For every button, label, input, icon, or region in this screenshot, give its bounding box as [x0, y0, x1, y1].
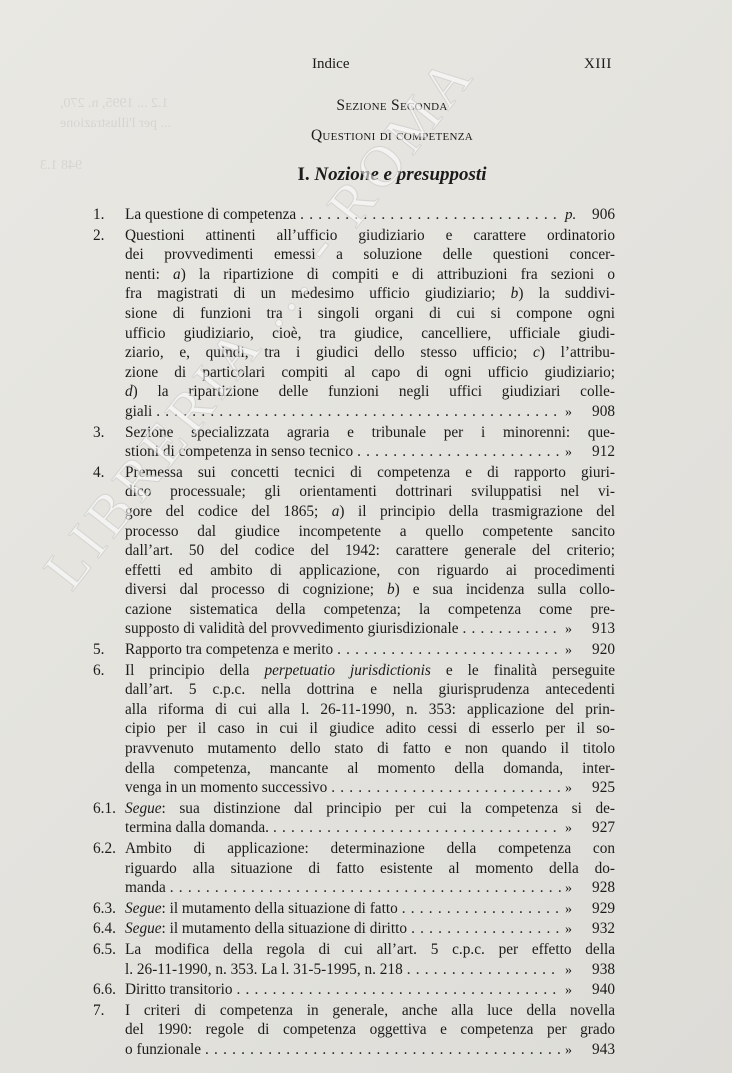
- toc-entry: 6.1.Segue: sua distinzione dal principio…: [93, 799, 615, 839]
- toc-entry: 6.6.Diritto transitorio.................…: [93, 980, 615, 1001]
- toc-entry: 6.5.La modifica della regola di cui all’…: [93, 940, 615, 980]
- page-marker: »: [565, 981, 587, 1001]
- entry-line: venga in un momento successivo: [125, 778, 327, 798]
- page-marker: »: [565, 819, 587, 839]
- entry-last-line: Rapporto tra competenza e merito........…: [125, 640, 615, 661]
- book-page: 1.2 ... 1995, n. 270, ... per l'illustra…: [0, 0, 732, 1073]
- leader-dots: ........................................…: [398, 899, 561, 919]
- entry-line: sione di funzioni tra i singoli organi d…: [125, 304, 615, 324]
- leader-dots: ........................................…: [327, 778, 561, 798]
- entry-last-line: termina dalla domanda...................…: [125, 818, 615, 839]
- toc-entry: 6.2.Ambito di applicazione: determinazio…: [93, 839, 615, 899]
- section-title: Questioni di competenza: [0, 127, 732, 145]
- entry-line: Ambito di applicazione: determinazione d…: [125, 839, 615, 859]
- entry-number: 4.: [93, 463, 104, 483]
- entry-line: dall’art. 5 c.p.c. nella dottrina e nell…: [125, 680, 615, 700]
- entry-line: stioni di competenza in senso tecnico: [125, 442, 353, 462]
- entry-last-line: Diritto transitorio.....................…: [125, 980, 615, 1001]
- entry-line: Sezione specializzata agraria e tribunal…: [125, 423, 615, 443]
- page-folio: XIII: [584, 56, 612, 73]
- page-marker: »: [565, 403, 587, 423]
- entry-line: nenti: a) la ripartizione di compiti e d…: [125, 265, 615, 285]
- entry-line: La modifica della regola di cui all’art.…: [125, 940, 615, 960]
- entry-number: 6.: [93, 661, 104, 681]
- page-number: 908: [587, 402, 615, 422]
- entry-line: diversi dal processo di cognizione; b) e…: [125, 580, 615, 600]
- section-label: Sezione Seconda: [0, 97, 732, 115]
- leader-dots: ........................................…: [201, 1040, 561, 1060]
- leader-dots: ........................................…: [353, 442, 561, 462]
- page-marker: »: [565, 879, 587, 899]
- entry-number: 3.: [93, 423, 104, 443]
- entry-line: d) la ripartizione delle funzioni negli …: [125, 382, 615, 402]
- entry-last-line: stioni di competenza in senso tecnico...…: [125, 442, 615, 463]
- entry-number: 6.1.: [93, 799, 116, 819]
- page-marker: »: [565, 961, 587, 981]
- chapter-heading: I. Nozione e presupposti: [0, 164, 732, 186]
- entry-number: 7.: [93, 1001, 104, 1021]
- page-number: 912: [587, 442, 615, 462]
- leader-dots: ........................................…: [459, 619, 562, 639]
- leader-dots: ........................................…: [233, 980, 562, 1000]
- page-number: 938: [587, 960, 615, 980]
- entry-number: 5.: [93, 640, 104, 660]
- entry-line: ziario, e, quindi, tra i giudici dello s…: [125, 343, 615, 363]
- toc-entry: 6.Il principio della perpetuatio jurisdi…: [93, 661, 615, 799]
- page-marker: »: [565, 920, 587, 940]
- entry-last-line: Segue: il mutamento della situazione di …: [125, 899, 615, 920]
- leader-dots: ........................................…: [403, 960, 561, 980]
- entry-number: 6.5.: [93, 940, 116, 960]
- entry-number: 6.3.: [93, 899, 116, 919]
- entry-line: dico processuale; gli orientamenti dottr…: [125, 482, 615, 502]
- toc-entry: 7.I criteri di competenza in generale, a…: [93, 1001, 615, 1061]
- entry-line: Premessa sui concetti tecnici di compete…: [125, 463, 615, 483]
- running-head-title: Indice: [312, 56, 349, 73]
- toc-entry: 4.Premessa sui concetti tecnici di compe…: [93, 463, 615, 640]
- leader-dots: ........................................…: [166, 878, 561, 898]
- entry-line: La questione di competenza: [125, 205, 296, 225]
- entry-number: 6.2.: [93, 839, 116, 859]
- page-number: 925: [587, 778, 615, 798]
- entry-last-line: La questione di competenza..............…: [125, 205, 615, 226]
- entry-line: effetti ed ambito di applicazione, con r…: [125, 561, 615, 581]
- entry-number: 1.: [93, 205, 104, 225]
- entry-last-line: venga in un momento successivo..........…: [125, 778, 615, 799]
- entry-line: manda: [125, 878, 166, 898]
- page-marker: »: [565, 779, 587, 799]
- chapter-title: Nozione e presupposti: [314, 164, 486, 185]
- entry-last-line: giali...................................…: [125, 402, 615, 423]
- entry-line: pravvenuto mutamento dello stato di fatt…: [125, 739, 615, 759]
- page-number: 929: [587, 899, 615, 919]
- entry-line: Segue: sua distinzione dal principio per…: [125, 799, 615, 819]
- entry-line: Rapporto tra competenza e merito: [125, 640, 333, 660]
- page-number: 932: [587, 919, 615, 939]
- entry-line: del 1990: regole di competenza oggettiva…: [125, 1020, 615, 1040]
- entry-line: I criteri di competenza in generale, anc…: [125, 1001, 615, 1021]
- entry-line: cipio per il caso in cui il giudice adit…: [125, 719, 615, 739]
- entry-line: termina dalla domanda.: [125, 818, 269, 838]
- page-marker: p.: [565, 206, 587, 226]
- entry-line: dei provvedimenti emessi a soluzione del…: [125, 245, 615, 265]
- leader-dots: ........................................…: [152, 402, 561, 422]
- entry-line: Segue: il mutamento della situazione di …: [125, 899, 398, 919]
- page-marker: »: [565, 641, 587, 661]
- entry-line: riguardo alla situazione di fatto esiste…: [125, 859, 615, 879]
- entry-line: processo dal giudice incompetente a quel…: [125, 522, 615, 542]
- entry-line: ufficio giudiziario, cioè, tra giudice, …: [125, 324, 615, 344]
- toc-entry: 1.La questione di competenza............…: [93, 205, 615, 226]
- chapter-numeral: I.: [298, 164, 310, 185]
- entry-line: o funzionale: [125, 1040, 201, 1060]
- entry-number: 6.6.: [93, 980, 116, 1000]
- entry-line: dall’art. 50 del codice del 1942: caratt…: [125, 541, 615, 561]
- entry-last-line: l. 26-11-1990, n. 353. La l. 31-5-1995, …: [125, 960, 615, 981]
- entry-line: Questioni attinenti all’ufficio giudizia…: [125, 226, 615, 246]
- leader-dots: ........................................…: [407, 919, 561, 939]
- page-number: 927: [587, 818, 615, 838]
- entry-line: cazione sistematica della competenza; la…: [125, 600, 615, 620]
- entry-line: giali: [125, 402, 152, 422]
- entry-line: l. 26-11-1990, n. 353. La l. 31-5-1995, …: [125, 960, 403, 980]
- page-number: 940: [587, 980, 615, 1000]
- page-number: 943: [587, 1040, 615, 1060]
- toc-entry: 3.Sezione specializzata agraria e tribun…: [93, 423, 615, 463]
- page-number: 928: [587, 878, 615, 898]
- leader-dots: ........................................…: [269, 818, 561, 838]
- page-marker: »: [565, 443, 587, 463]
- toc-entry: 5.Rapporto tra competenza e merito......…: [93, 640, 615, 661]
- entry-line: zione di particolari compiti al capo di …: [125, 363, 615, 383]
- entry-last-line: o funzionale............................…: [125, 1040, 615, 1061]
- entry-last-line: supposto di validità del provvedimento g…: [125, 619, 615, 640]
- leader-dots: ........................................…: [333, 640, 561, 660]
- toc-entry: 6.3.Segue: il mutamento della situazione…: [93, 899, 615, 920]
- table-of-contents: 1.La questione di competenza............…: [93, 205, 615, 1061]
- entry-last-line: manda...................................…: [125, 878, 615, 899]
- page-marker: »: [565, 620, 587, 640]
- entry-number: 2.: [93, 226, 104, 246]
- leader-dots: ........................................…: [296, 205, 561, 225]
- entry-line: Il principio della perpetuatio jurisdict…: [125, 661, 615, 681]
- entry-line: della competenza, mancante al momento de…: [125, 759, 615, 779]
- entry-number: 6.4.: [93, 919, 116, 939]
- entry-last-line: Segue: il mutamento della situazione di …: [125, 919, 615, 940]
- entry-line: fra magistrati di un medesimo ufficio gi…: [125, 284, 615, 304]
- entry-line: alla riforma di cui alla l. 26-11-1990, …: [125, 700, 615, 720]
- page-marker: »: [565, 1041, 587, 1061]
- toc-entry: 2.Questioni attinenti all’ufficio giudiz…: [93, 226, 615, 423]
- page-number: 920: [587, 640, 615, 660]
- entry-line: gore del codice del 1865; a) il principi…: [125, 502, 615, 522]
- entry-line: supposto di validità del provvedimento g…: [125, 619, 459, 639]
- entry-line: Diritto transitorio: [125, 980, 233, 1000]
- page-number: 913: [587, 619, 615, 639]
- page-marker: »: [565, 900, 587, 920]
- entry-line: Segue: il mutamento della situazione di …: [125, 919, 407, 939]
- page-number: 906: [587, 205, 615, 225]
- toc-entry: 6.4.Segue: il mutamento della situazione…: [93, 919, 615, 940]
